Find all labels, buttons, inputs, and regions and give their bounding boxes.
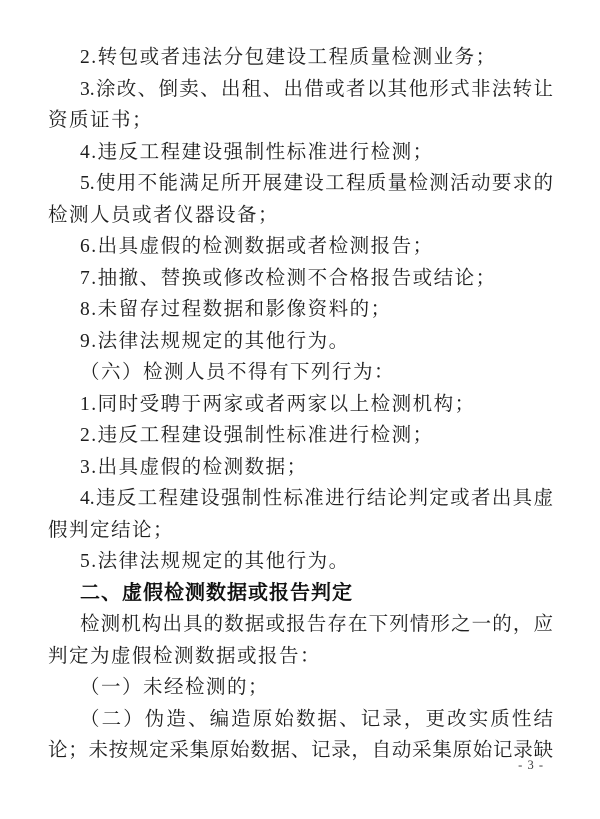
section-heading: 二、虚假检测数据或报告判定 bbox=[48, 578, 553, 610]
text-line: 9.法律法规规定的其他行为。 bbox=[48, 326, 553, 358]
text-line: 3.涂改、倒卖、出租、出借或者以其他形式非法转让 bbox=[48, 74, 553, 106]
text-line: 5.法律法规规定的其他行为。 bbox=[48, 546, 553, 578]
text-line: 1.同时受聘于两家或者两家以上检测机构； bbox=[48, 389, 553, 421]
text-line: 判定为虚假检测数据或报告： bbox=[48, 641, 553, 673]
text-line: 4.违反工程建设强制性标准进行结论判定或者出具虚 bbox=[48, 483, 553, 515]
text-line: 2.违反工程建设强制性标准进行检测； bbox=[48, 420, 553, 452]
document-body: 2.转包或者违法分包建设工程质量检测业务；3.涂改、倒卖、出租、出借或者以其他形… bbox=[48, 42, 553, 767]
text-line: 5.使用不能满足所开展建设工程质量检测活动要求的 bbox=[48, 168, 553, 200]
text-line: 4.违反工程建设强制性标准进行检测； bbox=[48, 137, 553, 169]
text-line: 6.出具虚假的检测数据或者检测报告； bbox=[48, 231, 553, 263]
text-line: 7.抽撤、替换或修改检测不合格报告或结论； bbox=[48, 263, 553, 295]
text-line: 假判定结论； bbox=[48, 515, 553, 547]
text-line: 3.出具虚假的检测数据； bbox=[48, 452, 553, 484]
text-line: 检测人员或者仪器设备； bbox=[48, 200, 553, 232]
text-line: （一）未经检测的； bbox=[48, 672, 553, 704]
document-page: 2.转包或者违法分包建设工程质量检测业务；3.涂改、倒卖、出租、出借或者以其他形… bbox=[0, 0, 600, 819]
text-line: 2.转包或者违法分包建设工程质量检测业务； bbox=[48, 42, 553, 74]
text-line: 检测机构出具的数据或报告存在下列情形之一的，应 bbox=[48, 609, 553, 641]
text-line: 资质证书； bbox=[48, 105, 553, 137]
text-line: 8.未留存过程数据和影像资料的； bbox=[48, 294, 553, 326]
text-line: 论；未按规定采集原始数据、记录，自动采集原始记录缺 bbox=[48, 735, 553, 767]
text-line: （二）伪造、编造原始数据、记录，更改实质性结 bbox=[48, 704, 553, 736]
text-line: （六）检测人员不得有下列行为： bbox=[48, 357, 553, 389]
page-number: - 3 - bbox=[518, 758, 544, 773]
